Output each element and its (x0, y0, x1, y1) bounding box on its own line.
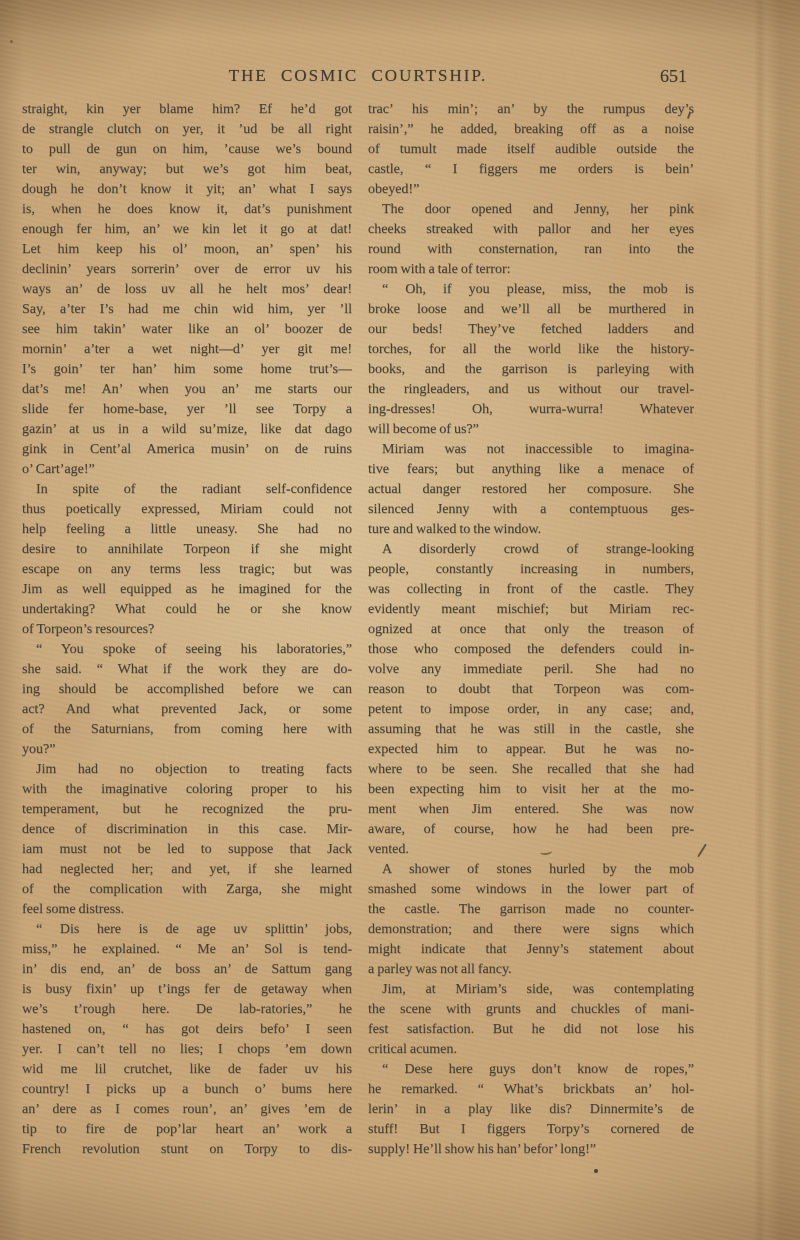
text-line: miss,” he explained. “ Me an’ Sol is ten… (22, 940, 352, 960)
column-left: straight, kin yer blame him? Ef he’d got… (22, 100, 352, 1160)
text-line: fest satisfaction. But he did not lose h… (368, 1020, 694, 1040)
ink-mark (594, 1169, 598, 1173)
text-line: help feeling a little uneasy. She had no (22, 520, 352, 540)
text-line: see him takin’ water like an ol’ boozer … (22, 320, 352, 340)
text-line: ing should be accomplished before we can (22, 680, 352, 700)
text-line: slide fer home-base, yer ’ll see Torpy a (22, 400, 352, 420)
text-line: mornin’ a’ter a wet night—d’ yer git me! (22, 340, 352, 360)
text-line: A disorderly crowd of strange-looking (368, 540, 694, 560)
text-line: country! I picks up a bunch o’ bums here (22, 1080, 352, 1100)
text-line: iam must not be led to suppose that Jack (22, 840, 352, 860)
text-line: o’ Cart’age!” (22, 460, 352, 480)
text-line: room with a tale of terror: (368, 260, 694, 280)
text-line: books, and the garrison is parleying wit… (368, 360, 694, 380)
text-line: volve any immediate peril. She had no (368, 660, 694, 680)
text-line: will become of us?” (368, 420, 694, 440)
text-line: gink in Cent’al America musin’ on de rui… (22, 440, 352, 460)
text-line: a parley was not all fancy. (368, 960, 694, 980)
text-line: act? And what prevented Jack, or some (22, 700, 352, 720)
text-line: actual danger restored her composure. Sh… (368, 480, 694, 500)
text-line: obeyed!” (368, 180, 694, 200)
text-line: people, constantly increasing in numbers… (368, 560, 694, 580)
text-line: castle, “ I figgers me orders is bein’ (368, 160, 694, 180)
text-line: torches, for all the world like the hist… (368, 340, 694, 360)
text-line: In spite of the radiant self-confidence (22, 480, 352, 500)
text-line: ways an’ de loss uv all he helt mos’ dea… (22, 280, 352, 300)
text-line: temperament, but he recognized the pru- (22, 800, 352, 820)
text-line: our beds! They’ve fetched ladders and (368, 320, 694, 340)
text-line: trac’ his min’; an’ by the rumpus dey’s (368, 100, 694, 120)
text-line: undertaking? What could he or she know (22, 600, 352, 620)
text-line: was collecting in front of the castle. T… (368, 580, 694, 600)
text-line: French revolution stunt on Torpy to dis- (22, 1140, 352, 1160)
text-line: of the complication with Zarga, she migh… (22, 880, 352, 900)
text-line: de strangle clutch on yer, it ’ud be all… (22, 120, 352, 140)
text-line: to pull de gun on him, ’cause we’s bound (22, 140, 352, 160)
text-line: ognized at once that only the treason of (368, 620, 694, 640)
text-line: dough he don’t know it yit; an’ what I s… (22, 180, 352, 200)
column-right: trac’ his min’; an’ by the rumpus dey’sr… (368, 100, 694, 1160)
text-line: demonstration; and there were signs whic… (368, 920, 694, 940)
text-line: the castle. The garrison made no counter… (368, 900, 694, 920)
ink-mark (697, 844, 707, 858)
text-line: of tumult made itself audible outside th… (368, 140, 694, 160)
text-line: ing-dresses! Oh, wurra-wurra! Whatever (368, 400, 694, 420)
text-line: desire to annihilate Torpeon if she migh… (22, 540, 352, 560)
text-line: smashed some windows in the lower part o… (368, 880, 694, 900)
text-line: cheeks streaked with pallor and her eyes (368, 220, 694, 240)
text-line: been expecting him to visit her at the m… (368, 780, 694, 800)
text-line: petent to impose order, in any case; and… (368, 700, 694, 720)
text-line: A shower of stones hurled by the mob (368, 860, 694, 880)
text-line: silenced Jenny with a contemptuous ges- (368, 500, 694, 520)
page-title: THE COSMIC COURTSHIP. (22, 66, 694, 86)
text-line: those who composed the defenders could i… (368, 640, 694, 660)
text-line: the ringleaders, and us without our trav… (368, 380, 694, 400)
text-line: Say, a’ter I’s had me chin wid him, yer … (22, 300, 352, 320)
text-line: wid me lil crutchet, like de fader uv hi… (22, 1060, 352, 1080)
text-line: I’s goin’ ter han’ him some home trut’s— (22, 360, 352, 380)
text-line: critical acumen. (368, 1040, 694, 1060)
text-line: lerin’ in a play like dis? Dinnermite’s … (368, 1100, 694, 1120)
text-line: evidently meant mischief; but Miriam rec… (368, 600, 694, 620)
running-header: THE COSMIC COURTSHIP. (22, 66, 694, 90)
text-line: escape on any terms less tragic; but was (22, 560, 352, 580)
text-line: Miriam was not inaccessible to imagina- (368, 440, 694, 460)
ink-mark (10, 40, 13, 43)
text-line: declinin’ years sorrerin’ over de error … (22, 260, 352, 280)
text-line: dat’s me! An’ when you an’ me starts our (22, 380, 352, 400)
text-line: ment when Jim entered. She was now (368, 800, 694, 820)
text-line: tip to fire de pop’lar heart an’ work a (22, 1120, 352, 1140)
text-line: dence of discrimination in this case. Mi… (22, 820, 352, 840)
text-line: vented. (368, 840, 694, 860)
text-line: round with consternation, ran into the (368, 240, 694, 260)
text-line: tive fears; but anything like a menace o… (368, 460, 694, 480)
book-page: THE COSMIC COURTSHIP. 651 straight, kin … (0, 0, 800, 1240)
text-line: feel some distress. (22, 900, 352, 920)
text-line: straight, kin yer blame him? Ef he’d got (22, 100, 352, 120)
text-line: stuff! But I figgers Torpy’s cornered de (368, 1120, 694, 1140)
text-line: raisin’,” he added, breaking off as a no… (368, 120, 694, 140)
text-line: of Torpeon’s resources? (22, 620, 352, 640)
text-line: “ Dis here is de age uv splittin’ jobs, (22, 920, 352, 940)
text-line: is busy fixin’ up t’ings fer de getaway … (22, 980, 352, 1000)
text-line: of the Saturnians, from coming here with (22, 720, 352, 740)
text-line: “ Dese here guys don’t know de ropes,” (368, 1060, 694, 1080)
text-line: an’ dere as I comes roun’, an’ gives ’em… (22, 1100, 352, 1120)
text-line: he remarked. “ What’s brickbats an’ hol- (368, 1080, 694, 1100)
page-number: 651 (660, 66, 687, 87)
text-line: might indicate that Jenny’s statement ab… (368, 940, 694, 960)
text-line: ture and walked to the window. (368, 520, 694, 540)
text-line: hastened on, “ has got deirs befo’ I see… (22, 1020, 352, 1040)
text-line: expected him to appear. But he was no- (368, 740, 694, 760)
text-line: had neglected her; and yet, if she learn… (22, 860, 352, 880)
text-line: The door opened and Jenny, her pink (368, 200, 694, 220)
text-line: where to be seen. She recalled that she … (368, 760, 694, 780)
text-line: you?” (22, 740, 352, 760)
text-line: is, when he does know it, dat’s punishme… (22, 200, 352, 220)
text-line: reason to doubt that Torpeon was com- (368, 680, 694, 700)
text-line: we’s t’rough here. De lab-ratories,” he (22, 1000, 352, 1020)
text-line: Let him keep his ol’ moon, an’ spen’ his (22, 240, 352, 260)
text-line: thus poetically expressed, Miriam could … (22, 500, 352, 520)
text-line: “ You spoke of seeing his laboratories,” (22, 640, 352, 660)
text-line: yer. I can’t tell no lies; I chops ’em d… (22, 1040, 352, 1060)
text-line: broke loose and we’ll all be murthered i… (368, 300, 694, 320)
text-line: Jim as well equipped as he imagined for … (22, 580, 352, 600)
text-line: supply! He’ll show his han’ befor’ long!… (368, 1140, 694, 1160)
text-line: with the imaginative coloring proper to … (22, 780, 352, 800)
text-line: “ Oh, if you please, miss, the mob is (368, 280, 694, 300)
text-line: the scene with grunts and chuckles of ma… (368, 1000, 694, 1020)
text-line: ter win, anyway; but we’s got him beat, (22, 160, 352, 180)
text-line: assuming that he was still in the castle… (368, 720, 694, 740)
text-line: Jim had no objection to treating facts (22, 760, 352, 780)
text-line: enough fer him, an’ we kin let it go at … (22, 220, 352, 240)
text-line: in’ dis end, an’ de boss an’ de Sattum g… (22, 960, 352, 980)
text-line: gazin’ at us in a wild su’mize, like dat… (22, 420, 352, 440)
text-line: she said. “ What if the work they are do… (22, 660, 352, 680)
text-line: Jim, at Miriam’s side, was contemplating (368, 980, 694, 1000)
text-line: aware, of course, how he had been pre- (368, 820, 694, 840)
